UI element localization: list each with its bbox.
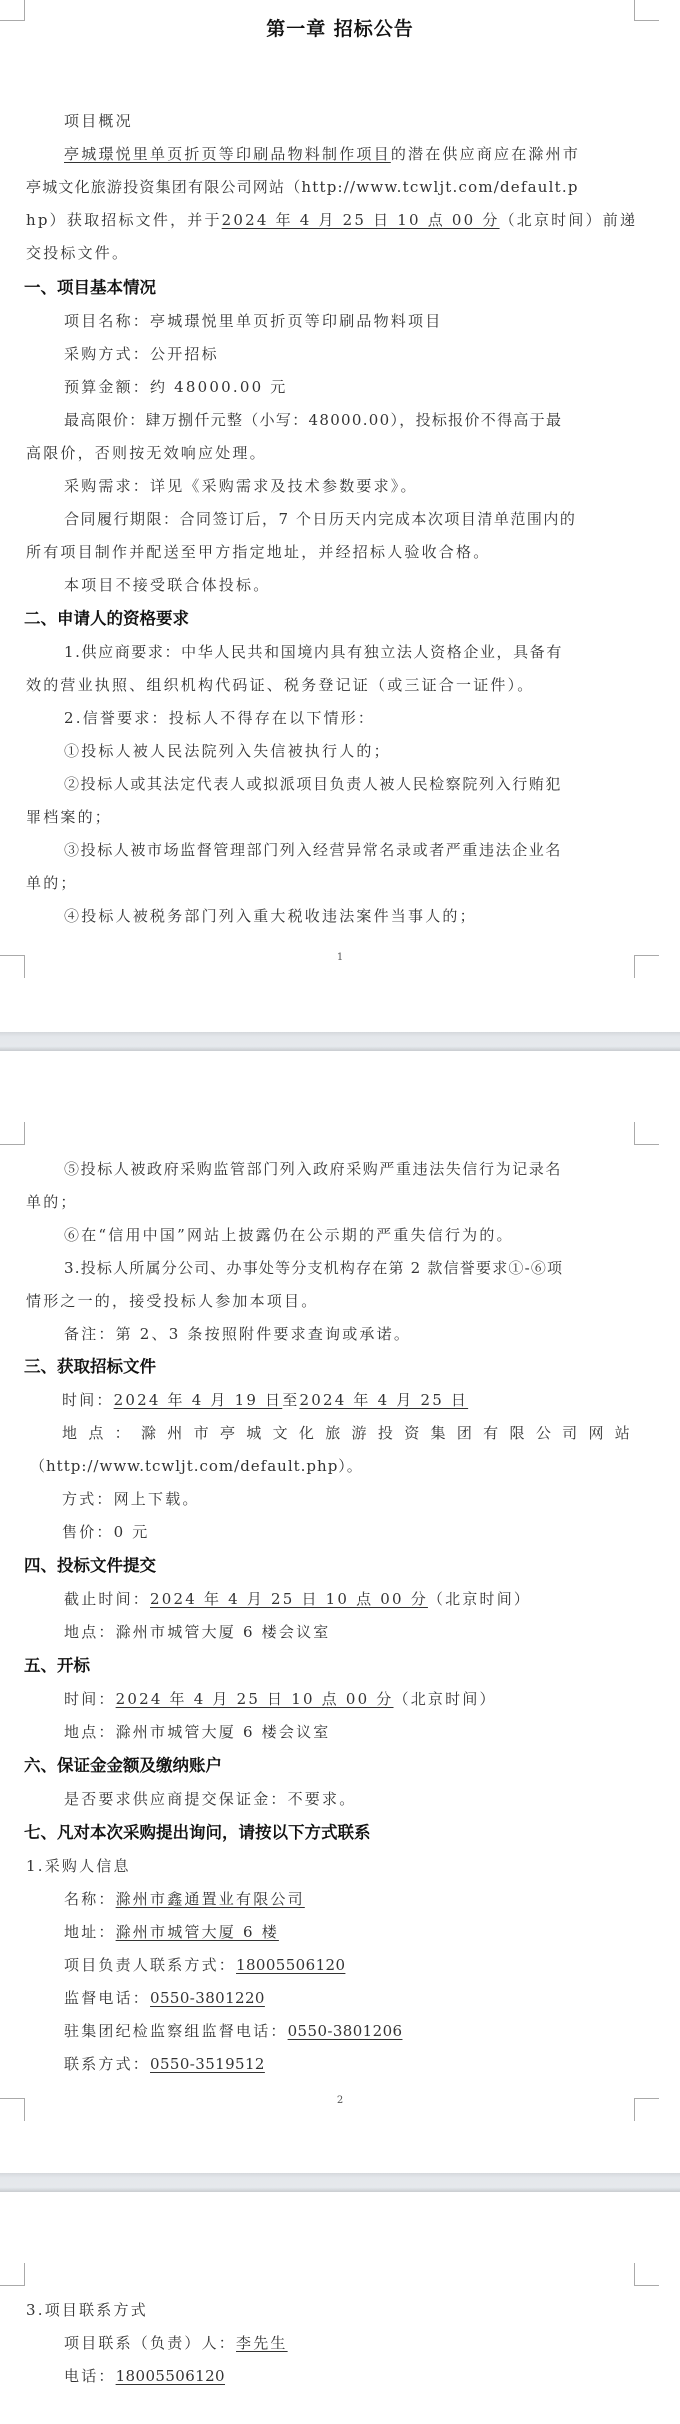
section-5-title: 五、开标 bbox=[24, 1655, 90, 1677]
opening-time-line: 时间：2024 年 4 月 25 日 10 点 00 分（北京时间） bbox=[64, 1689, 632, 1709]
project-contact-heading: 3.项目联系方式 bbox=[26, 2300, 632, 2320]
project-contact-phone: 电话：18005506120 bbox=[64, 2366, 632, 2386]
page-corner-mark bbox=[0, 2098, 25, 2121]
document-page-3: 3.项目联系方式 项目联系（负责）人：李先生 电话：18005506120 bbox=[0, 2192, 680, 2424]
overview-line-3: hp）获取招标文件，并于2024 年 4 月 25 日 10 点 00 分（北京… bbox=[26, 210, 632, 230]
deposit-requirement: 是否要求供应商提交保证金：不要求。 bbox=[64, 1789, 632, 1809]
document-price: 售价：0 元 bbox=[62, 1522, 630, 1542]
credit-item-5-line-1: ⑤投标人被政府采购监管部门列入政府采购严重违法失信行为记录名 bbox=[64, 1159, 632, 1179]
opening-date: 2024 年 4 月 25 日 10 点 00 分 bbox=[116, 1690, 394, 1708]
project-name: 项目名称：亭城璟悦里单页折页等印刷品物料项目 bbox=[64, 311, 632, 331]
procurement-method: 采购方式：公开招标 bbox=[64, 344, 632, 364]
page-number: 1 bbox=[0, 952, 680, 963]
remarks: 备注：第 2、3 条按照附件要求查询或承诺。 bbox=[64, 1324, 632, 1344]
supplier-req-line-1: 1.供应商要求：中华人民共和国境内具有独立法人资格企业，具备有 bbox=[64, 642, 632, 662]
page-corner-mark bbox=[634, 955, 659, 978]
chapter-title: 第一章 招标公告 bbox=[0, 14, 680, 41]
supplier-req-line-2: 效的营业执照、组织机构代码证、税务登记证（或三证合一证件）。 bbox=[26, 675, 632, 695]
pm-contact: 项目负责人联系方式：18005506120 bbox=[64, 1955, 632, 1975]
overview-line-1: 亭城璟悦里单页折页等印刷品物料制作项目的潜在供应商应在滁州市 bbox=[64, 144, 632, 164]
project-contact-person: 项目联系（负责）人：李先生 bbox=[64, 2333, 632, 2353]
section-3-title: 三、获取招标文件 bbox=[24, 1356, 156, 1378]
page-corner-mark bbox=[0, 2263, 25, 2286]
submission-deadline: 2024 年 4 月 25 日 10 点 00 分 bbox=[222, 211, 500, 229]
overview-line-4: 交投标文件。 bbox=[26, 243, 632, 263]
opening-place: 地点：滁州市城管大厦 6 楼会议室 bbox=[64, 1722, 632, 1742]
supervision-phone: 监督电话：0550-3801220 bbox=[64, 1988, 632, 2008]
page-corner-mark bbox=[0, 1122, 25, 1145]
page-corner-mark bbox=[634, 1122, 659, 1145]
obtain-place-line-2: （http://www.tcwljt.com/default.php）。 bbox=[30, 1456, 636, 1476]
obtain-start-date: 2024 年 4 月 19 日 bbox=[114, 1391, 283, 1409]
overview-label: 项目概况 bbox=[64, 111, 632, 131]
project-name-link: 亭城璟悦里单页折页等印刷品物料制作项目 bbox=[64, 145, 391, 163]
purchaser-name: 名称：滁州市鑫通置业有限公司 bbox=[64, 1889, 632, 1909]
section-6-title: 六、保证金金额及缴纳账户 bbox=[24, 1755, 222, 1777]
credit-item-3-line-2: 单的； bbox=[26, 873, 632, 893]
credit-req: 2.信誉要求：投标人不得存在以下情形： bbox=[64, 708, 632, 728]
contract-period-line-2: 所有项目制作并配送至甲方指定地址，并经招标人验收合格。 bbox=[26, 542, 632, 562]
obtain-time: 时间：2024 年 4 月 19 日至2024 年 4 月 25 日 bbox=[62, 1390, 630, 1410]
max-price-line-1: 最高限价：肆万捌仟元整（小写：48000.00），投标报价不得高于最 bbox=[64, 410, 632, 430]
submission-place: 地点：滁州市城管大厦 6 楼会议室 bbox=[64, 1622, 632, 1642]
overview-line-2: 亭城文化旅游投资集团有限公司网站（http://www.tcwljt.com/d… bbox=[26, 177, 632, 197]
section-4-title: 四、投标文件提交 bbox=[24, 1555, 156, 1577]
contract-period-line-1: 合同履行期限：合同签订后，7 个日历天内完成本次项目清单范围内的 bbox=[64, 509, 632, 529]
credit-item-3-line-1: ③投标人被市场监督管理部门列入经营异常名录或者严重违法企业名 bbox=[64, 840, 632, 860]
credit-item-4: ④投标人被税务部门列入重大税收违法案件当事人的； bbox=[64, 906, 632, 926]
document-page-1: 第一章 招标公告 项目概况 亭城璟悦里单页折页等印刷品物料制作项目的潜在供应商应… bbox=[0, 0, 680, 1032]
purchaser-info-heading: 1.采购人信息 bbox=[26, 1856, 632, 1876]
obtain-place-line-1: 地点：滁州市亭城文化旅游投资集团有限公司网站 bbox=[62, 1423, 632, 1443]
branch-req-line-1: 3.投标人所属分公司、办事处等分支机构存在第 2 款信誉要求①-⑥项 bbox=[64, 1258, 632, 1278]
document-page-2: ⑤投标人被政府采购监管部门列入政府采购严重违法失信行为记录名 单的； ⑥在“信用… bbox=[0, 1051, 680, 2173]
obtain-method: 方式：网上下载。 bbox=[62, 1489, 630, 1509]
credit-item-2-line-1: ②投标人或其法定代表人或拟派项目负责人被人民检察院列入行贿犯 bbox=[64, 774, 632, 794]
budget-amount: 预算金额：约 48000.00 元 bbox=[64, 377, 632, 397]
branch-req-line-2: 情形之一的，接受投标人参加本项目。 bbox=[26, 1291, 632, 1311]
discipline-phone: 驻集团纪检监察组监督电话：0550-3801206 bbox=[64, 2021, 632, 2041]
submission-deadline-date: 2024 年 4 月 25 日 10 点 00 分 bbox=[150, 1590, 428, 1608]
contact-phone: 联系方式：0550-3519512 bbox=[64, 2054, 632, 2074]
section-2-title: 二、申请人的资格要求 bbox=[24, 608, 189, 630]
page-corner-mark bbox=[634, 2263, 659, 2286]
max-price-line-2: 高限价，否则按无效响应处理。 bbox=[26, 443, 632, 463]
procurement-requirements: 采购需求：详见《采购需求及技术参数要求》。 bbox=[64, 476, 632, 496]
credit-item-6: ⑥在“信用中国”网站上披露仍在公示期的严重失信行为的。 bbox=[64, 1225, 632, 1245]
credit-item-5-line-2: 单的； bbox=[26, 1192, 632, 1212]
section-1-title: 一、项目基本情况 bbox=[24, 277, 156, 299]
credit-item-1: ①投标人被人民法院列入失信被执行人的； bbox=[64, 741, 632, 761]
obtain-end-date: 2024 年 4 月 25 日 bbox=[299, 1391, 468, 1409]
submission-deadline-line: 截止时间：2024 年 4 月 25 日 10 点 00 分（北京时间） bbox=[64, 1589, 632, 1609]
page-corner-mark bbox=[0, 955, 25, 978]
page-corner-mark bbox=[634, 2098, 659, 2121]
page-number: 2 bbox=[0, 2095, 680, 2106]
page-separator bbox=[0, 1032, 680, 1051]
consortium-note: 本项目不接受联合体投标。 bbox=[64, 575, 632, 595]
credit-item-2-line-2: 罪档案的； bbox=[26, 807, 632, 827]
section-7-title: 七、凡对本次采购提出询问，请按以下方式联系 bbox=[24, 1822, 371, 1844]
purchaser-address: 地址：滁州市城管大厦 6 楼 bbox=[64, 1922, 632, 1942]
page-separator bbox=[0, 2173, 680, 2192]
